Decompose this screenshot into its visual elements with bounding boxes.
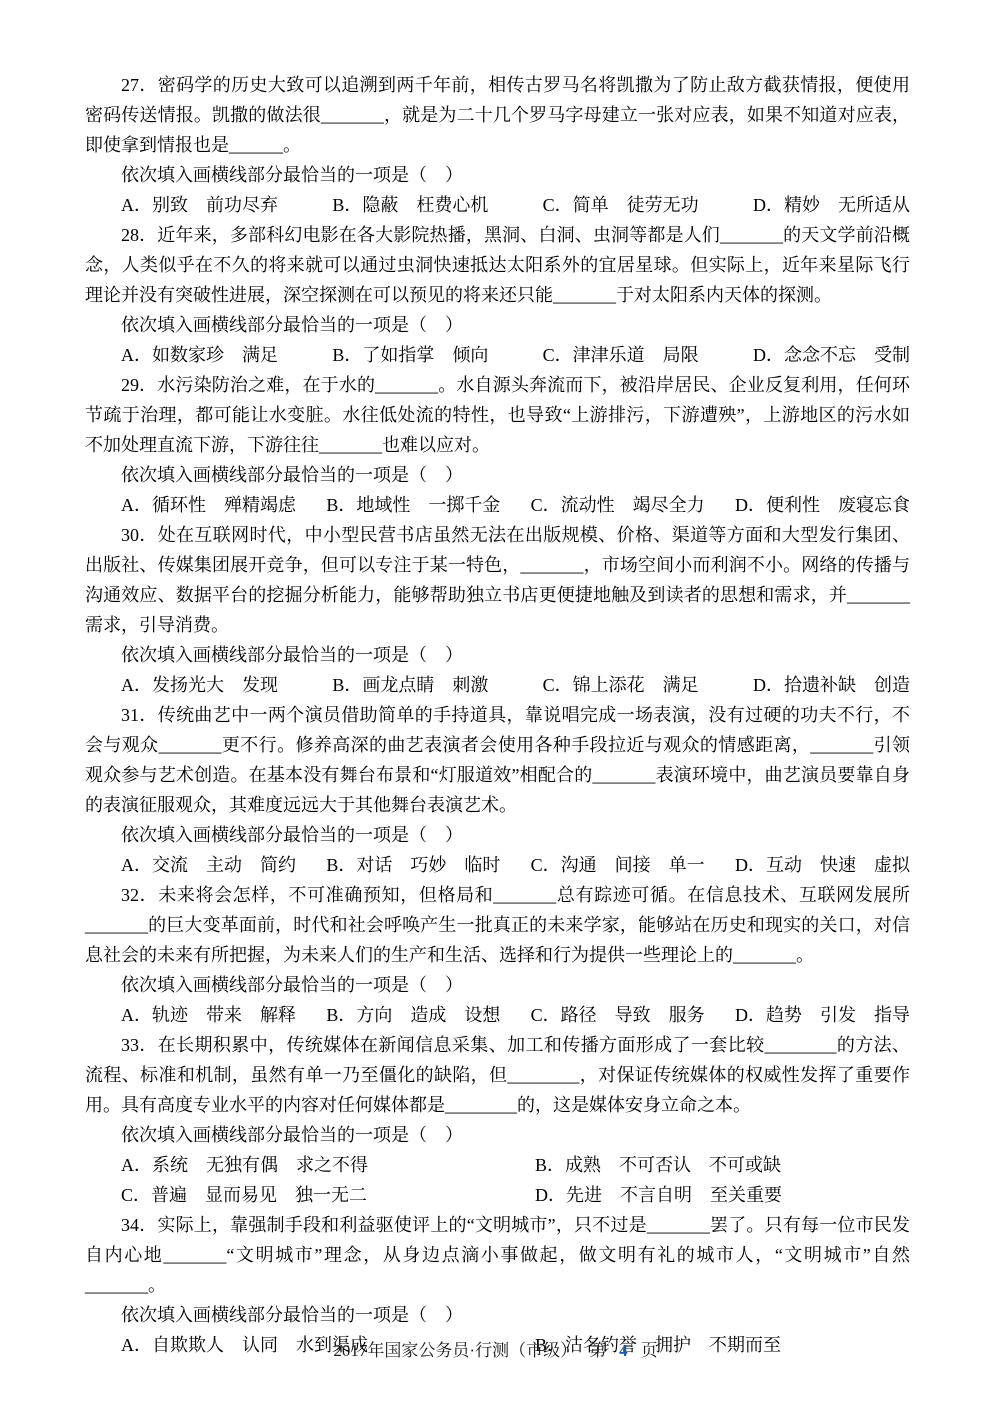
question-33-prompt: 依次填入画横线部分最恰当的一项是（ ） bbox=[85, 1120, 910, 1150]
question-29: 29．水污染防治之难，在于水的_______。水自源头奔流而下，被沿岸居民、企业… bbox=[85, 370, 910, 520]
option-a: A．轨迹 带来 解释 bbox=[121, 1000, 296, 1030]
question-30-prompt: 依次填入画横线部分最恰当的一项是（ ） bbox=[85, 640, 910, 670]
question-33-body: 33．在长期积累中，传统媒体在新闻信息采集、加工和传播方面形成了一套比较____… bbox=[85, 1030, 910, 1120]
option-b: B．隐蔽 枉费心机 bbox=[332, 190, 488, 220]
question-31: 31．传统曲艺中一两个演员借助简单的手持道具，靠说唱完成一场表演，没有过硬的功夫… bbox=[85, 700, 910, 880]
option-c: C．简单 徒劳无功 bbox=[543, 190, 699, 220]
question-27-options: A．别致 前功尽弃 B．隐蔽 枉费心机 C．简单 徒劳无功 D．精妙 无所适从 bbox=[121, 190, 910, 220]
question-31-options: A．交流 主动 简约 B．对话 巧妙 临时 C．沟通 间接 单一 D．互动 快速… bbox=[121, 850, 910, 880]
option-b: B．方向 造成 设想 bbox=[326, 1000, 500, 1030]
option-d: D．趋势 引发 指导 bbox=[735, 1000, 910, 1030]
option-b: B．地域性 一掷千金 bbox=[326, 490, 500, 520]
question-32-prompt: 依次填入画横线部分最恰当的一项是（ ） bbox=[85, 970, 910, 1000]
question-31-body: 31．传统曲艺中一两个演员借助简单的手持道具，靠说唱完成一场表演，没有过硬的功夫… bbox=[85, 700, 910, 820]
question-27-prompt: 依次填入画横线部分最恰当的一项是（ ） bbox=[85, 160, 910, 190]
option-c: C．普遍 显而易见 独一无二 bbox=[121, 1180, 367, 1210]
option-b: B．画龙点睛 刺激 bbox=[332, 670, 488, 700]
question-28-prompt: 依次填入画横线部分最恰当的一项是（ ） bbox=[85, 310, 910, 340]
option-c: C．沟通 间接 单一 bbox=[531, 850, 705, 880]
question-28: 28．近年来，多部科幻电影在各大影院热播，黑洞、白洞、虫洞等都是人们______… bbox=[85, 220, 910, 370]
option-d: D．便利性 废寝忘食 bbox=[735, 490, 910, 520]
option-a: A．发扬光大 发现 bbox=[121, 670, 278, 700]
question-30-body: 30．处在互联网时代，中小型民营书店虽然无法在出版规模、价格、渠道等方面和大型发… bbox=[85, 520, 910, 640]
question-29-body: 29．水污染防治之难，在于水的_______。水自源头奔流而下，被沿岸居民、企业… bbox=[85, 370, 910, 460]
question-34-prompt: 依次填入画横线部分最恰当的一项是（ ） bbox=[85, 1300, 910, 1330]
question-32-options: A．轨迹 带来 解释 B．方向 造成 设想 C．路径 导致 服务 D．趋势 引发… bbox=[121, 1000, 910, 1030]
question-27-body: 27．密码学的历史大致可以追溯到两千年前，相传古罗马名将凯撒为了防止敌方截获情报… bbox=[85, 70, 910, 160]
question-28-body: 28．近年来，多部科幻电影在各大影院热播，黑洞、白洞、虫洞等都是人们______… bbox=[85, 220, 910, 310]
footer-page-label-after: 页 bbox=[641, 1341, 658, 1360]
option-d: D．精妙 无所适从 bbox=[753, 190, 910, 220]
option-a: A．别致 前功尽弃 bbox=[121, 190, 278, 220]
option-a: A．如数家珍 满足 bbox=[121, 340, 278, 370]
question-30-options: A．发扬光大 发现 B．画龙点睛 刺激 C．锦上添花 满足 D．拾遗补缺 创造 bbox=[121, 670, 910, 700]
option-d: D．念念不忘 受制 bbox=[753, 340, 910, 370]
footer-page-number: 4 bbox=[619, 1341, 628, 1360]
option-c: C．锦上添花 满足 bbox=[543, 670, 699, 700]
option-a: A．循环性 殚精竭虑 bbox=[121, 490, 296, 520]
option-a: A．系统 无独有偶 求之不得 bbox=[121, 1150, 368, 1180]
footer-exam-title: 2017年国家公务员·行测（市级） bbox=[333, 1341, 577, 1360]
question-32: 32．未来将会怎样，不可准确预知，但格局和_______总有踪迹可循。在信息技术… bbox=[85, 880, 910, 1030]
footer-page-label-before: 第 bbox=[589, 1341, 606, 1360]
question-29-prompt: 依次填入画横线部分最恰当的一项是（ ） bbox=[85, 460, 910, 490]
option-b: B．了如指掌 倾向 bbox=[332, 340, 488, 370]
question-33: 33．在长期积累中，传统媒体在新闻信息采集、加工和传播方面形成了一套比较____… bbox=[85, 1030, 910, 1210]
question-32-body: 32．未来将会怎样，不可准确预知，但格局和_______总有踪迹可循。在信息技术… bbox=[85, 880, 910, 970]
questions-area: 27．密码学的历史大致可以追溯到两千年前，相传古罗马名将凯撒为了防止敌方截获情报… bbox=[0, 0, 991, 1360]
option-c: C．流动性 竭尽全力 bbox=[531, 490, 705, 520]
option-c: C．津津乐道 局限 bbox=[543, 340, 699, 370]
question-27: 27．密码学的历史大致可以追溯到两千年前，相传古罗马名将凯撒为了防止敌方截获情报… bbox=[85, 70, 910, 220]
option-c: C．路径 导致 服务 bbox=[531, 1000, 705, 1030]
question-31-prompt: 依次填入画横线部分最恰当的一项是（ ） bbox=[85, 820, 910, 850]
option-b: B．对话 巧妙 临时 bbox=[326, 850, 500, 880]
page-footer: 2017年国家公务员·行测（市级）第4页 bbox=[0, 1336, 991, 1366]
question-28-options: A．如数家珍 满足 B．了如指掌 倾向 C．津津乐道 局限 D．念念不忘 受制 bbox=[121, 340, 910, 370]
option-d: D．拾遗补缺 创造 bbox=[753, 670, 910, 700]
option-d: D．先进 不言自明 至关重要 bbox=[535, 1180, 782, 1210]
question-33-options: A．系统 无独有偶 求之不得 B．成熟 不可否认 不可或缺 C．普遍 显而易见 … bbox=[121, 1150, 910, 1210]
exam-paper-page: 27．密码学的历史大致可以追溯到两千年前，相传古罗马名将凯撒为了防止敌方截获情报… bbox=[0, 0, 991, 1403]
option-a: A．交流 主动 简约 bbox=[121, 850, 296, 880]
option-b: B．成熟 不可否认 不可或缺 bbox=[535, 1150, 781, 1180]
question-34-body: 34．实际上，靠强制手段和利益驱使评上的“文明城市”，只不过是_______罢了… bbox=[85, 1210, 910, 1300]
option-d: D．互动 快速 虚拟 bbox=[735, 850, 910, 880]
question-29-options: A．循环性 殚精竭虑 B．地域性 一掷千金 C．流动性 竭尽全力 D．便利性 废… bbox=[121, 490, 910, 520]
question-30: 30．处在互联网时代，中小型民营书店虽然无法在出版规模、价格、渠道等方面和大型发… bbox=[85, 520, 910, 700]
